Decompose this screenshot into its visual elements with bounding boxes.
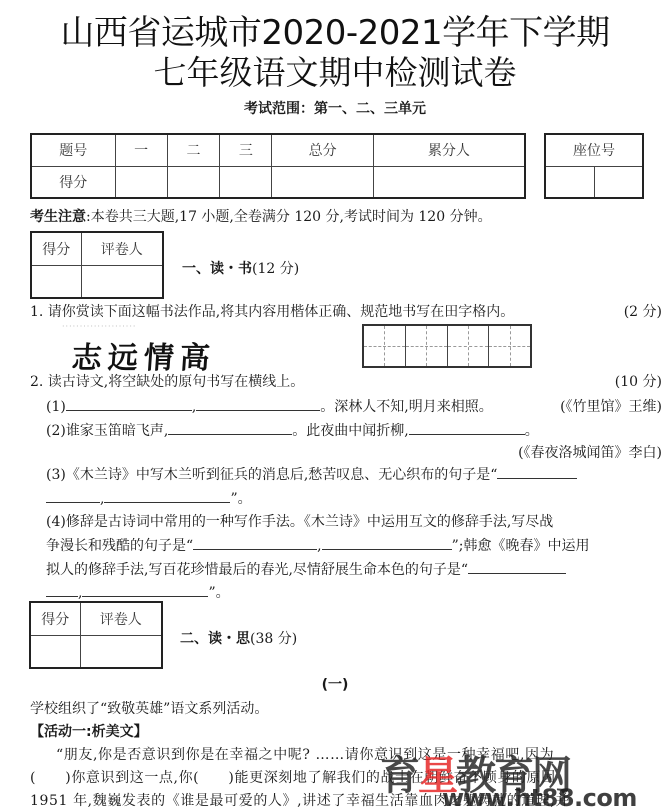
score-input-cell[interactable]: [272, 166, 373, 198]
section1-title-text: 一、读・书: [182, 261, 252, 277]
score-input-cell[interactable]: [167, 166, 219, 198]
grader-name-cell[interactable]: [80, 635, 162, 668]
question-2-sub3-cont: ,”。: [46, 489, 252, 509]
grader-score-cell[interactable]: [30, 635, 80, 668]
grader-score-label: 得分: [30, 602, 80, 635]
sub2-source: (《春夜洛城闻笛》李白): [518, 443, 662, 463]
answer-blank[interactable]: [46, 489, 100, 503]
score-input-cell[interactable]: [373, 166, 525, 198]
grid-cell[interactable]: [489, 326, 530, 366]
grader-table-section1: 得分 评卷人: [30, 231, 164, 299]
sub2-end: 。: [525, 423, 539, 439]
answer-blank[interactable]: [468, 560, 566, 574]
answer-blank[interactable]: [82, 583, 208, 597]
answer-blank[interactable]: [46, 583, 78, 597]
answer-blank[interactable]: [497, 465, 577, 479]
sub4-end: ”。: [208, 585, 229, 601]
sub1-source: (《竹里馆》王维): [560, 397, 662, 417]
score-input-cell[interactable]: [115, 166, 167, 198]
seat-number-label: 座位号: [545, 134, 643, 166]
score-row-label: 得分: [31, 166, 115, 198]
section2-title-text: 二、读・思: [180, 631, 250, 647]
answer-blank[interactable]: [322, 536, 452, 550]
grader-score-cell[interactable]: [31, 265, 81, 298]
activity1-title: 【活动一:析美文】: [30, 721, 148, 741]
score-header-cell: 累分人: [373, 134, 525, 166]
subsection-number: (一): [0, 674, 670, 694]
sub4-line2-prefix: 争漫长和残酷的句子是“: [46, 538, 193, 554]
score-table-score-row: 得分: [31, 166, 525, 198]
section2-points: (38 分): [250, 631, 297, 647]
sub1-suffix: 。深林人不知,明月来相照。: [320, 399, 492, 415]
seat-number-cell[interactable]: [545, 166, 594, 198]
sub4-line3-text: 拟人的修辞手法,写百花珍惜最后的春光,尽情舒展生命本色的句子是“: [46, 562, 468, 578]
grader-name-label: 评卷人: [80, 602, 162, 635]
question-2-text: 2. 读古诗文,将空缺处的原句书写在横线上。: [30, 374, 304, 390]
question-2-sub4-line2: 争漫长和残酷的句子是“,”;韩愈《晚春》中运用: [46, 536, 590, 556]
answer-blank[interactable]: [196, 397, 320, 411]
grid-cell[interactable]: [448, 326, 490, 366]
sub2-prefix: (2)谁家玉笛暗飞声,: [46, 423, 168, 439]
question-1: 1. 请你赏读下面这幅书法作品,将其内容用楷体正确、规范地书写在田字格内。 (2…: [30, 302, 662, 322]
grader-table-section2: 得分 评卷人: [29, 601, 163, 669]
question-2-sub4-line4: ,”。: [46, 583, 230, 603]
score-table-header-row: 题号 一 二 三 总分 累分人: [31, 134, 525, 166]
score-header-cell: 二: [167, 134, 219, 166]
question-2-sub1: (1),。深林人不知,明月来相照。 (《竹里馆》王维): [46, 397, 662, 417]
question-2-sub4-line1: (4)修辞是古诗词中常用的一种写作手法。《木兰诗》中运用互文的修辞手法,写尽战: [46, 512, 553, 532]
answer-blank[interactable]: [409, 421, 525, 435]
section2-intro: 学校组织了“致敬英雄”语文系列活动。: [30, 699, 268, 719]
watermark-logo: 育星教育网 www.ht88.com: [380, 744, 670, 810]
watermark-brand-part1: 育: [380, 753, 418, 799]
grader-name-cell[interactable]: [81, 265, 163, 298]
score-header-cell: 三: [220, 134, 272, 166]
calligraphy-artwork: 志远情高: [70, 333, 217, 377]
question-2-points: (10 分): [615, 372, 662, 392]
sub4-line2-suffix: ”;韩愈《晚春》中运用: [452, 538, 590, 554]
sub2-middle: 。此夜曲中闻折柳,: [292, 423, 408, 439]
score-table: 题号 一 二 三 总分 累分人 得分: [30, 133, 526, 199]
section1-title: 一、读・书(12 分): [182, 258, 299, 278]
seat-number-cell[interactable]: [594, 166, 643, 198]
question-2-sub2: (2)谁家玉笛暗飞声,。此夜曲中闻折柳,。: [46, 421, 539, 441]
grid-cell[interactable]: [364, 326, 406, 366]
question-2-sub4-line3: 拟人的修辞手法,写百花珍惜最后的春光,尽情舒展生命本色的句子是“: [46, 560, 566, 580]
notice-label: 考生注意: [30, 209, 86, 225]
section2-title: 二、读・思(38 分): [180, 628, 297, 648]
exam-scope: 考试范围：第一、二、三单元: [0, 98, 670, 118]
score-header-cell: 题号: [31, 134, 115, 166]
seat-number-table: 座位号: [544, 133, 644, 199]
watermark-url: www.ht88.com: [442, 784, 637, 810]
grader-name-label: 评卷人: [81, 232, 163, 265]
question-1-text: 1. 请你赏读下面这幅书法作品,将其内容用楷体正确、规范地书写在田字格内。: [30, 304, 514, 320]
exam-title-line2: 七年级语文期中检测试卷: [0, 54, 670, 92]
score-input-cell[interactable]: [220, 166, 272, 198]
grader-score-label: 得分: [31, 232, 81, 265]
section1-points: (12 分): [252, 261, 299, 277]
question-2-sub3: (3)《木兰诗》中写木兰听到征兵的消息后,愁苦叹息、无心织布的句子是“: [46, 465, 577, 485]
score-header-cell: 总分: [272, 134, 373, 166]
sub3-text: (3)《木兰诗》中写木兰听到征兵的消息后,愁苦叹息、无心织布的句子是“: [46, 467, 497, 483]
question-2: 2. 读古诗文,将空缺处的原句书写在横线上。 (10 分): [30, 372, 662, 392]
sub3-end: ”。: [230, 491, 251, 507]
exam-notice: 考生注意:本卷共三大题,17 小题,全卷满分 120 分,考试时间为 120 分…: [30, 207, 492, 227]
answer-blank[interactable]: [66, 397, 192, 411]
answer-blank[interactable]: [104, 489, 230, 503]
answer-blank[interactable]: [193, 536, 317, 550]
answer-blank[interactable]: [168, 421, 292, 435]
grid-cell[interactable]: [406, 326, 448, 366]
exam-title-line1: 山西省运城市2020-2021学年下学期: [0, 14, 670, 52]
notice-text: :本卷共三大题,17 小题,全卷满分 120 分,考试时间为 120 分钟。: [86, 209, 492, 225]
calligraphy-inscription: ·····················: [62, 322, 136, 331]
score-header-cell: 一: [115, 134, 167, 166]
sub1-prefix: (1): [46, 399, 66, 415]
question-1-points: (2 分): [624, 302, 662, 322]
tianzige-writing-grid: [362, 324, 532, 368]
